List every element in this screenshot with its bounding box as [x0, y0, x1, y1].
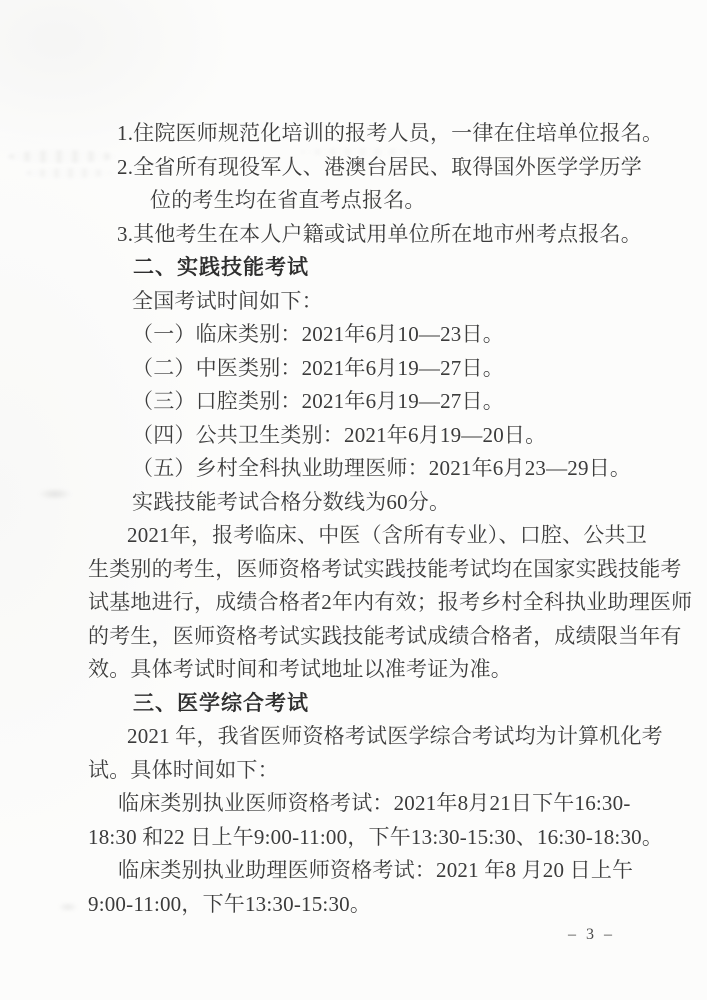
section-heading-3: 三、医学综合考试	[88, 687, 666, 721]
page-number: – 3 –	[568, 926, 615, 944]
list-item-2-continuation: 位的考生均在省直考点报名。	[88, 184, 666, 218]
exam-time-practicing-2: 18:30 和22 日上午9:00-11:00，下午13:30-15:30、16…	[88, 821, 666, 855]
list-item-2: 2.全省所有现役军人、港澳台居民、取得国外医学学历学	[88, 151, 666, 185]
scan-smudge	[38, 488, 72, 500]
paragraph-line: 2021年，报考临床、中医（含所有专业）、口腔、公共卫	[88, 519, 666, 553]
exam-date-rural: （五）乡村全科执业助理医师：2021年6月23—29日。	[88, 452, 666, 486]
scan-smudge	[58, 902, 78, 912]
paragraph-line: 效。具体考试时间和考试地址以准考证为准。	[88, 653, 666, 687]
paragraph-line: 生类别的考生，医师资格考试实践技能考试均在国家实践技能考	[88, 553, 666, 587]
exam-time-assistant: 临床类别执业助理医师资格考试：2021 年8 月20 日上午	[88, 854, 666, 888]
list-item-3: 3.其他考生在本人户籍或试用单位所在地市州考点报名。	[88, 218, 666, 252]
exam-date-clinical: （一）临床类别：2021年6月10—23日。	[88, 318, 666, 352]
paragraph-line: 2021 年，我省医师资格考试医学综合考试均为计算机化考	[88, 720, 666, 754]
document-body: 1.住院医师规范化培训的报考人员，一律在住培单位报名。 2.全省所有现役军人、港…	[88, 117, 666, 921]
paragraph-line: 试基地进行，成绩合格者2年内有效；报考乡村全科执业助理医师	[88, 586, 666, 620]
paragraph-line: 试。具体时间如下：	[88, 754, 666, 788]
exam-date-tcm: （二）中医类别：2021年6月19—27日。	[88, 352, 666, 386]
exam-time-practicing: 临床类别执业医师资格考试：2021年8月21日下午16:30-	[88, 787, 666, 821]
scanned-document-page: 1.住院医师规范化培训的报考人员，一律在住培单位报名。 2.全省所有现役军人、港…	[0, 0, 707, 1000]
section-heading-2: 二、实践技能考试	[88, 251, 666, 285]
exam-date-public-health: （四）公共卫生类别：2021年6月19—20日。	[88, 419, 666, 453]
passing-score-line: 实践技能考试合格分数线为60分。	[88, 486, 666, 520]
body-line: 全国考试时间如下：	[88, 285, 666, 319]
exam-date-dental: （三）口腔类别：2021年6月19—27日。	[88, 385, 666, 419]
paragraph-line: 的考生，医师资格考试实践技能考试成绩合格者，成绩限当年有	[88, 620, 666, 654]
list-item-1: 1.住院医师规范化培训的报考人员，一律在住培单位报名。	[88, 117, 666, 151]
exam-time-assistant-2: 9:00-11:00，下午13:30-15:30。	[88, 888, 666, 922]
